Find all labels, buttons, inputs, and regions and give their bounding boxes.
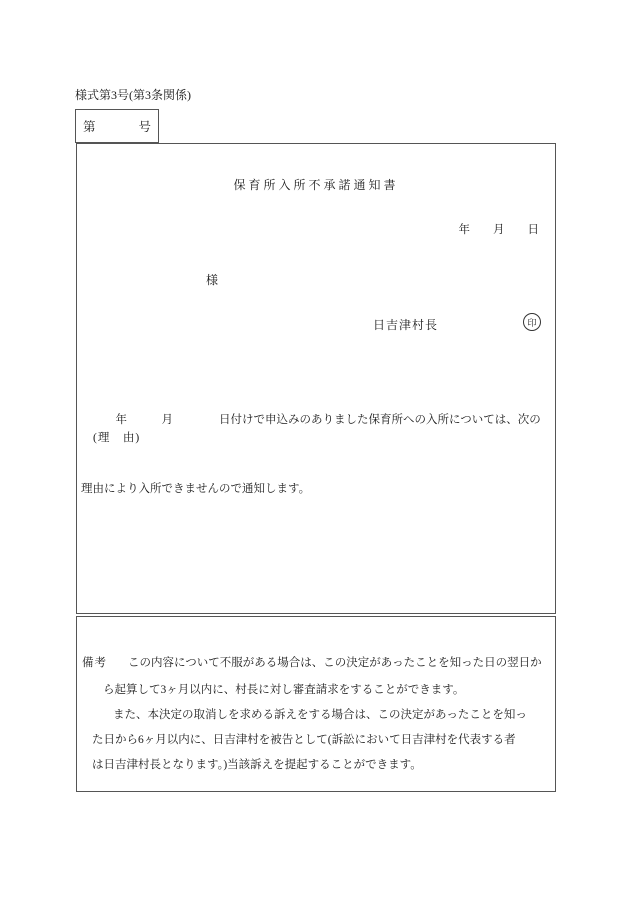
sender-title: 日吉津村長: [373, 316, 438, 333]
remarks-line: は日吉津村長となります。)当該訴えを提起することができます。: [92, 756, 422, 772]
document-number-prefix: 第: [83, 117, 96, 135]
form-style-label: 様式第3号(第3条関係): [75, 86, 191, 103]
notice-box: 保育所入所不承諾通知書 年 月 日 様 日吉津村長 印 年 月 日付けで申込みの…: [76, 143, 556, 614]
notice-body-line: 年 月 日付けで申込みのありました保育所への入所については、次の: [81, 409, 541, 432]
remarks-label: 備考: [82, 654, 107, 670]
document-number-suffix: 号: [138, 117, 151, 135]
remarks-line: また、本決定の取消しを求める訴えをする場合は、この決定があったことを知っ: [113, 706, 527, 722]
document-number-box: 第 号: [75, 109, 159, 143]
addressee-honorific: 様: [206, 271, 218, 288]
notice-body-paragraph: 年 月 日付けで申込みのありました保育所への入所については、次の 理由により入所…: [81, 363, 541, 547]
remarks-line: この内容について不服がある場合は、この決定があったことを知った日の翌日か: [128, 654, 542, 670]
notice-body-line: 理由により入所できませんので通知します。: [81, 478, 541, 501]
reason-label: (理 由): [93, 429, 140, 445]
date-line: 年 月 日: [77, 221, 555, 237]
remarks-box: 備考 この内容について不服がある場合は、この決定があったことを知った日の翌日か …: [76, 616, 556, 792]
notice-title: 保育所入所不承諾通知書: [77, 176, 555, 193]
seal-icon: 印: [523, 313, 541, 331]
form-document-page: 様式第3号(第3条関係) 第 号 保育所入所不承諾通知書 年 月 日 様 日吉津…: [0, 0, 630, 915]
remarks-line: た日から6ヶ月以内に、日吉津村を被告として(訴訟において日吉津村を代表する者: [92, 731, 516, 747]
remarks-line: ら起算して3ヶ月以内に、村長に対し審査請求をすることができます。: [103, 681, 464, 697]
